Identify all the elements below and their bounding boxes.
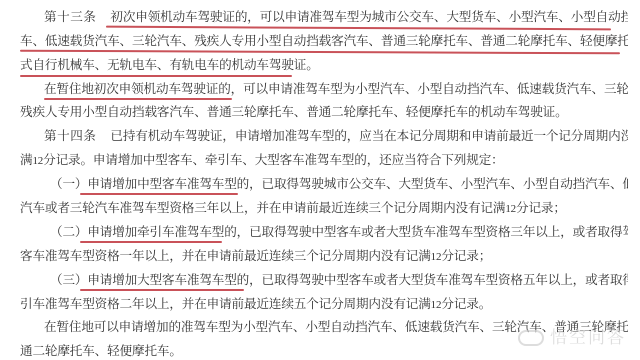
clause-2-line-1: （二）申请增加牵引车准驾车型的，已取得驾驶中型客车或者大型货车准驾车型资格三年以… — [50, 222, 628, 242]
points-number: 12 — [505, 203, 516, 215]
article-14-line-1: 第十四条已持有机动车驾驶证，申请增加准驾车型的，应当在本记分周期和申请前最近一个… — [44, 126, 628, 146]
line-text: 残疾人专用小型自动挡载客汽车、普通三轮摩托车、普通二轮摩托车、轻便摩托车的机动车… — [20, 104, 568, 119]
points-number: 12 — [32, 155, 43, 167]
red-underline — [80, 241, 222, 243]
article-13-para-2-line-1: 在暂住地初次申领机动车驾驶证的，可以申请准驾车型为小型汽车、小型自动挡汽车、低速… — [44, 79, 628, 99]
line-text: （二）申请增加牵引车准驾车型的，已取得驾驶中型客车或者大型货车准驾车型资格三年以… — [50, 224, 628, 239]
watermark: 悟空问答 — [518, 323, 626, 348]
line-text: 满 — [20, 152, 32, 167]
line-text: （三）申请增加大型客车准驾车型的，已取得驾驶中型客车或者大型货车准驾车型资格五年… — [50, 272, 628, 287]
red-underline — [80, 289, 244, 291]
line-text: 分记录； — [441, 248, 491, 263]
watermark-text: 悟空问答 — [550, 328, 626, 348]
article-number: 第十三条 — [44, 9, 96, 24]
line-text: 分记录。 — [441, 296, 491, 311]
clause-1-line-2: 汽车或者三轮汽车准驾车型资格三年以上，并在申请前最近连续三个记分周期内没有记满1… — [20, 198, 628, 218]
line-text: 车、低速载货汽车、三轮汽车、残疾人专用小型自动挡载客汽车、普通三轮摩托车、普通二… — [20, 33, 628, 48]
points-number: 12 — [431, 251, 442, 263]
article-14-line-2: 满12分记录。申请增加中型客车、牵引车、大型客车准驾车型的，还应当符合下列规定： — [20, 150, 628, 170]
red-underline — [20, 75, 292, 77]
clause-2-line-2: 客车准驾车型资格一年以上，并在申请前最近连续三个记分周期内没有记满12分记录； — [20, 246, 628, 266]
line-text: 客车准驾车型资格一年以上，并在申请前最近连续三个记分周期内没有记满 — [20, 248, 431, 263]
wukong-logo-icon — [518, 330, 544, 346]
article-13-line-2: 车、低速载货汽车、三轮汽车、残疾人专用小型自动挡载客汽车、普通三轮摩托车、普通二… — [20, 31, 628, 51]
clause-1-line-1: （一）申请增加中型客车准驾车型的，已取得驾驶城市公交车、大型货车、小型汽车、小型… — [50, 174, 628, 194]
red-underline — [80, 193, 238, 195]
document-page: 第十三条初次申领机动车驾驶证的，可以申请准驾车型为城市公交车、大型货车、小型汽车… — [0, 0, 640, 360]
line-text: 汽车或者三轮汽车准驾车型资格三年以上，并在申请前最近连续三个记分周期内没有记满 — [20, 200, 505, 215]
line-text: 在暂住地初次申领机动车驾驶证的，可以申请准驾车型为小型汽车、小型自动挡汽车、低速… — [44, 81, 628, 96]
line-text: 引车准驾车型资格二年以上，并在申请前最近连续五个记分周期内没有记满 — [20, 296, 431, 311]
line-text: 分记录； — [516, 200, 566, 215]
line-text: 已持有机动车驾驶证，申请增加准驾车型的，应当在本记分周期和申请前最近一个记分周期… — [110, 128, 628, 143]
line-text: 式自行机械车、无轨电车、有轨电车的机动车驾驶证。 — [20, 57, 319, 72]
line-text: （一）申请增加中型客车准驾车型的，已取得驾驶城市公交车、大型货车、小型汽车、小型… — [50, 176, 628, 191]
clause-3-line-2: 引车准驾车型资格二年以上，并在申请前最近连续五个记分周期内没有记满12分记录。 — [20, 294, 628, 314]
clause-3-line-1: （三）申请增加大型客车准驾车型的，已取得驾驶中型客车或者大型货车准驾车型资格五年… — [50, 270, 628, 290]
line-text: 分记录。申请增加中型客车、牵引车、大型客车准驾车型的，还应当符合下列规定： — [43, 152, 503, 167]
article-13-line-3: 式自行机械车、无轨电车、有轨电车的机动车驾驶证。 — [20, 55, 628, 75]
article-number: 第十四条 — [44, 128, 96, 143]
red-underline — [44, 98, 232, 100]
points-number: 12 — [431, 299, 442, 311]
line-text: 初次申领机动车驾驶证的，可以申请准驾车型为城市公交车、大型货车、小型汽车、小型自… — [110, 9, 628, 24]
article-13-para-2-line-2: 残疾人专用小型自动挡载客汽车、普通三轮摩托车、普通二轮摩托车、轻便摩托车的机动车… — [20, 102, 628, 122]
article-13-line-1: 第十三条初次申领机动车驾驶证的，可以申请准驾车型为城市公交车、大型货车、小型汽车… — [44, 7, 628, 27]
line-text: 通二轮摩托车、轻便摩托车。 — [20, 343, 182, 358]
